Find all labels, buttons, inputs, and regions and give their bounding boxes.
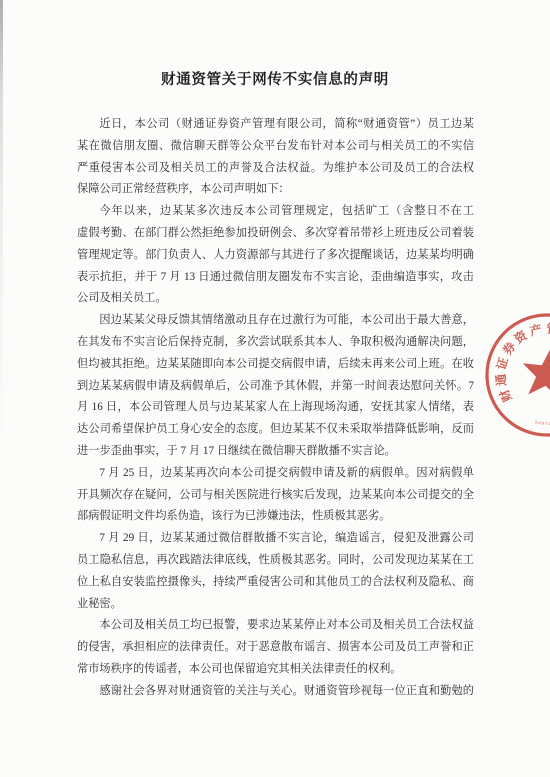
body-line: 月 16 日，本公司管理人员与边某某家人在上海现场沟通，安抚其家人情绪，表 <box>77 397 474 419</box>
body-line: 达公司希望保护员工身心安全的态度。但边某某不仅未采取举措降低影响，反而 <box>77 419 474 441</box>
body-line: 在其发布不实言论后保持克制，多次尝试联系其本人、争取积极沟通解决问题， <box>77 332 474 354</box>
body-line: 今年以来，边某某多次违反本公司管理规定，包括旷工（含整日不在工位）、 <box>77 201 474 223</box>
body-line: 管理规定等。部门负责人、人力资源部与其进行了多次提醒谈话，边某某均明确 <box>77 245 474 267</box>
body-line: 保障公司正常经营秩序，本公司声明如下： <box>77 179 474 201</box>
body-line: 公司及相关员工。 <box>77 288 474 310</box>
document-body: 近日，本公司（财通证券资产管理有限公司，简称“财通资管”）员工边某某在微信朋友圈… <box>77 114 474 703</box>
body-line: 业秘密。 <box>77 594 474 616</box>
body-line: 常市场秩序的传谣者，本公司也保留追究其相关法律责任的权利。 <box>77 659 474 681</box>
body-line: 感谢社会各界对财通资管的关注与关心。财通资管珍视每一位正直和勤勉的 <box>77 681 474 703</box>
body-line: 开具频次存在疑问，公司与相关医院进行核实后发现，边某某向本公司提交的全 <box>77 485 474 507</box>
body-line: 员工隐私信息，再次践踏法律底线，性质极其恶劣。同时，公司发现边某某在工 <box>77 550 474 572</box>
body-line: 但均被其拒绝。边某某随即向本公司提交病假申请，后续未再来公司上班。在收 <box>77 354 474 376</box>
body-line: 严重侵害本公司及相关员工的声誉及合法权益。为维护本公司及员工的合法权益， <box>77 158 474 180</box>
body-line: 到边某某病假申请及病假单后，公司准予其休假，并第一时间表达慰问关怀。7 <box>77 376 474 398</box>
seal-star-icon <box>519 345 550 400</box>
company-seal: 财通证券资产管理有限公司 9405092 <box>472 300 550 450</box>
document-title: 财通资管关于网传不实信息的声明 <box>0 68 550 89</box>
body-line: 因边某某父母反馈其情绪激动且存在过激行为可能，本公司出于最大善意， <box>77 310 474 332</box>
body-line: 本公司及相关员工均已报警，要求边某某停止对本公司及相关员工合法权益 <box>77 615 474 637</box>
body-line: 某在微信朋友圈、微信聊天群等公众平台发布针对本公司与相关员工的不实信息， <box>77 136 474 158</box>
body-line: 虚假考勤、在部门群公然拒绝参加投研例会、多次穿着吊带衫上班违反公司着装 <box>77 223 474 245</box>
body-line: 7 月 29 日，边某某通过微信群散播不实言论，编造谣言，侵犯及泄露公司 <box>77 528 474 550</box>
scanned-document-page: 财通资管关于网传不实信息的声明 近日，本公司（财通证券资产管理有限公司，简称“财… <box>0 0 550 777</box>
body-line: 表示抗拒，并于 7 月 13 日通过微信朋友圈发布不实言论，歪曲编造事实，攻击 <box>77 267 474 289</box>
body-line: 部病假证明文件均系伪造，该行为已涉嫌违法，性质极其恶劣。 <box>77 506 474 528</box>
svg-text:财通证券资产管理有限公司: 财通证券资产管理有限公司 <box>493 320 550 404</box>
body-line: 7 月 25 日，边某某再次向本公司提交病假申请及新的病假单。因对病假单 <box>77 463 474 485</box>
body-line: 的侵害，承担相应的法律责任。对于恶意散布谣言、损害本公司及员工声誉和正 <box>77 637 474 659</box>
body-line: 进一步歪曲事实，于 7 月 17 日继续在微信聊天群散播不实言论。 <box>77 441 474 463</box>
body-line: 位上私自安装监控摄像头，持续严重侵害公司和其他员工的合法权利及隐私、商 <box>77 572 474 594</box>
svg-text:9405092: 9405092 <box>535 420 550 426</box>
body-line: 近日，本公司（财通证券资产管理有限公司，简称“财通资管”）员工边某 <box>77 114 474 136</box>
seal-number: 9405092 <box>535 420 550 426</box>
seal-text: 财通证券资产管理有限公司 <box>493 320 550 404</box>
